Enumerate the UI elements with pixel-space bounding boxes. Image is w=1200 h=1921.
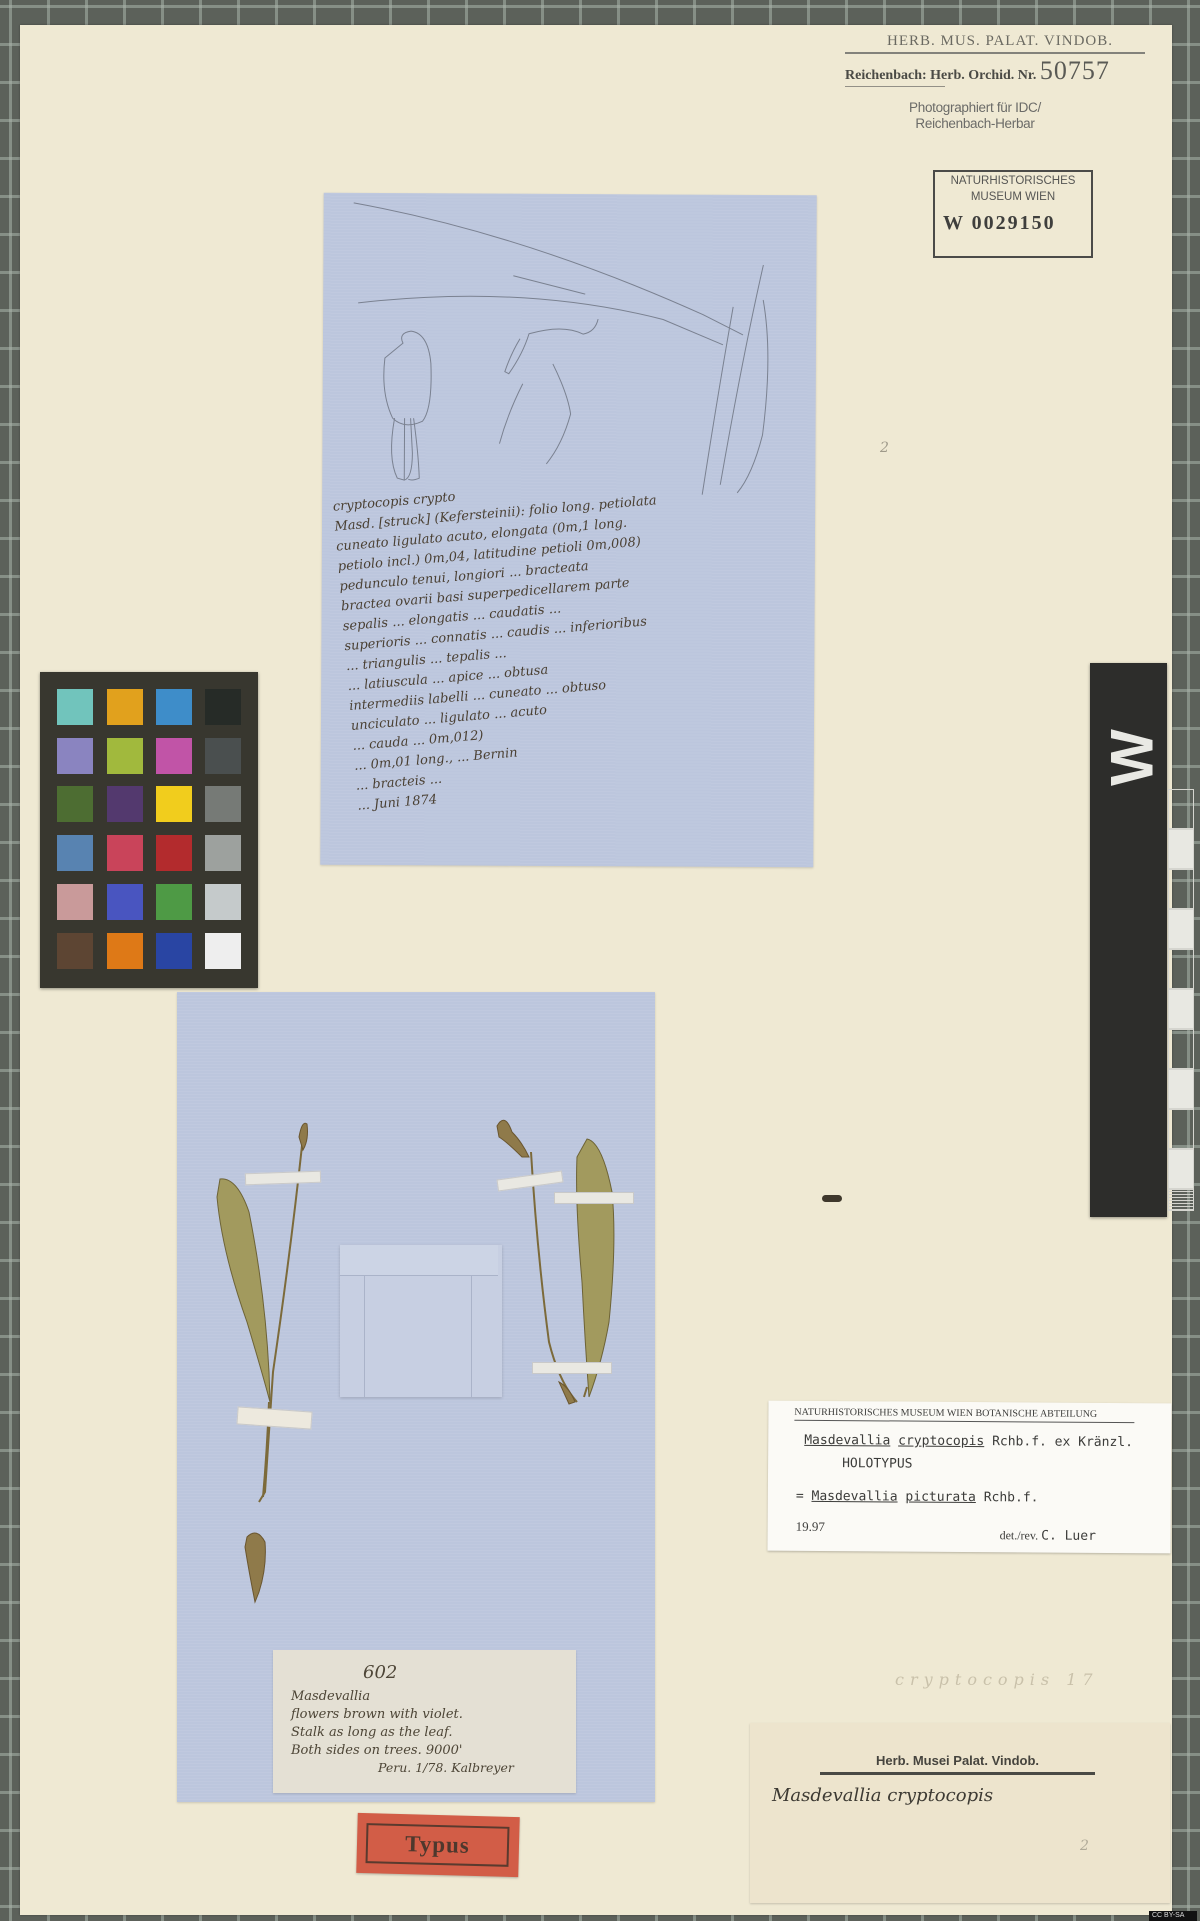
typus-text: Typus — [366, 1823, 510, 1867]
scale-segment — [1168, 1109, 1194, 1149]
scale-segment — [1168, 1149, 1194, 1189]
scale-segment — [1168, 869, 1194, 909]
collector-notes: Masdevallia flowers brown with violet. S… — [291, 1688, 463, 1760]
museum-name-line-1: NATURHISTORISCHES — [935, 175, 1091, 188]
pencil-margin-mark: 2 — [880, 440, 889, 456]
determination-label: NATURHISTORISCHES MUSEUM WIEN BOTANISCHE… — [767, 1401, 1171, 1554]
synonym-species: picturata — [905, 1490, 976, 1505]
color-swatch — [156, 689, 192, 725]
color-swatch — [57, 738, 93, 774]
authority: Rchb.f. ex Kränzl. — [992, 1434, 1133, 1450]
determination-date: 19.97 — [796, 1519, 825, 1535]
color-swatch — [205, 933, 241, 969]
collector-note-line: flowers brown with violet. — [291, 1706, 463, 1724]
faint-pencil-note: cryptocopis 17 — [895, 1670, 1099, 1689]
color-swatch — [57, 933, 93, 969]
scale-segment — [1168, 829, 1194, 869]
collection-locality-date: Peru. 1/78. — [378, 1760, 447, 1775]
color-swatch — [107, 933, 143, 969]
collector-note-line: Masdevallia — [291, 1688, 463, 1706]
license-badge[interactable]: CC BY-SA — [1149, 1911, 1197, 1921]
collector-note-line: Stalk as long as the leaf. — [291, 1724, 463, 1742]
color-calibration-chart — [40, 672, 258, 988]
color-swatch — [57, 786, 93, 822]
herbarium-label-taxon: Masdevallia cryptocopis — [772, 1785, 993, 1806]
collector-signature: Peru. 1/78. Kalbreyer — [378, 1760, 514, 1775]
color-swatch — [205, 689, 241, 725]
color-swatch — [156, 933, 192, 969]
scale-segment — [1168, 789, 1194, 829]
fragment-envelope[interactable] — [340, 1245, 502, 1397]
millimeter-segment — [1168, 1189, 1194, 1211]
determiner-name: C. Luer — [1041, 1529, 1096, 1544]
museum-barcode-stamp: NATURHISTORISCHES MUSEUM WIEN W 0029150 — [933, 170, 1093, 258]
collector-label: 602 Masdevallia flowers brown with viole… — [273, 1650, 576, 1793]
envelope-fold — [340, 1275, 365, 1397]
scale-segment — [1168, 989, 1194, 1029]
color-swatch — [107, 689, 143, 725]
photo-stamp: Photographiert für IDC/ Reichenbach-Herb… — [895, 100, 1055, 132]
photo-stamp-line-2: Reichenbach-Herbar — [895, 116, 1055, 132]
mounting-strap — [532, 1362, 612, 1374]
color-swatch — [107, 786, 143, 822]
scale-segment — [1168, 949, 1194, 989]
genus: Masdevallia — [804, 1433, 890, 1449]
determiner: det./rev. C. Luer — [1000, 1528, 1096, 1544]
type-status: HOLOTYPUS — [842, 1456, 913, 1471]
synonym: = Masdevallia picturata Rchb.f. — [796, 1489, 1039, 1506]
photo-stamp-line-1: Photographiert für IDC/ — [895, 100, 1055, 116]
color-swatch — [57, 835, 93, 871]
envelope-fold — [471, 1275, 502, 1397]
herbarium-header: HERB. MUS. PALAT. VINDOB. — [845, 33, 1145, 50]
scale-segment — [1168, 1029, 1194, 1069]
herbarium-label: Herb. Musei Palat. Vindob. Masdevallia c… — [750, 1723, 1170, 1903]
synonym-authority: Rchb.f. — [984, 1490, 1039, 1505]
scale-segment — [1168, 909, 1194, 949]
scale-segment — [1168, 1069, 1194, 1109]
color-swatch — [107, 835, 143, 871]
divider — [845, 52, 1145, 54]
species: cryptocopis — [898, 1434, 984, 1450]
color-swatch — [107, 738, 143, 774]
herbarium-label-pencil-note: 2 — [1080, 1838, 1089, 1854]
color-swatch — [57, 689, 93, 725]
typus-label: Typus — [356, 1813, 520, 1877]
herbarium-collection-line: Reichenbach: Herb. Orchid. Nr. 50757 — [845, 56, 1145, 86]
synonym-prefix: = — [796, 1489, 804, 1504]
debris-speck — [822, 1195, 842, 1202]
herbarium-number: 50757 — [1040, 56, 1110, 85]
scale-ruler: 0 1 2 3 4 5 6 7 8 9 10 cm copyright rese… — [1164, 663, 1200, 1217]
color-swatch — [205, 738, 241, 774]
collection-name: Reichenbach: Herb. Orchid. Nr. — [845, 68, 1036, 83]
color-swatch — [156, 786, 192, 822]
collector-number: 602 — [363, 1662, 397, 1683]
handwritten-description: cryptocopis crypto Masd. [struck] (Kefer… — [332, 459, 827, 816]
color-swatch — [156, 835, 192, 871]
herbarium-stamp: HERB. MUS. PALAT. VINDOB. Reichenbach: H… — [845, 33, 1145, 87]
museum-logo: W — [1098, 718, 1167, 798]
color-swatch — [57, 884, 93, 920]
herbarium-label-header: Herb. Musei Palat. Vindob. — [820, 1753, 1095, 1775]
scale-bar: W 0 1 2 3 4 5 6 7 8 9 10 cm copyright re… — [1090, 663, 1167, 1217]
museum-name-line-2: MUSEUM WIEN — [935, 191, 1091, 204]
color-swatch — [156, 738, 192, 774]
color-swatch — [107, 884, 143, 920]
taxon-name: Masdevallia cryptocopis Rchb.f. ex Kränz… — [804, 1433, 1133, 1450]
color-swatch — [156, 884, 192, 920]
collector-note-line: Both sides on trees. 9000' — [291, 1742, 463, 1760]
mounting-strap — [554, 1192, 634, 1204]
description-letter: cryptocopis crypto Masd. [struck] (Kefer… — [320, 193, 817, 868]
det-prefix: det./rev. — [1000, 1528, 1039, 1542]
color-swatch — [205, 835, 241, 871]
color-swatch — [205, 884, 241, 920]
institution-header: NATURHISTORISCHES MUSEUM WIEN BOTANISCHE… — [794, 1407, 1134, 1423]
barcode-id: W 0029150 — [943, 212, 1091, 235]
envelope-flap — [340, 1245, 498, 1276]
collector-name: Kalbreyer — [451, 1760, 514, 1775]
synonym-genus: Masdevallia — [811, 1489, 897, 1505]
color-swatch — [205, 786, 241, 822]
botanical-sketch-icon — [322, 193, 817, 506]
divider — [845, 86, 945, 87]
